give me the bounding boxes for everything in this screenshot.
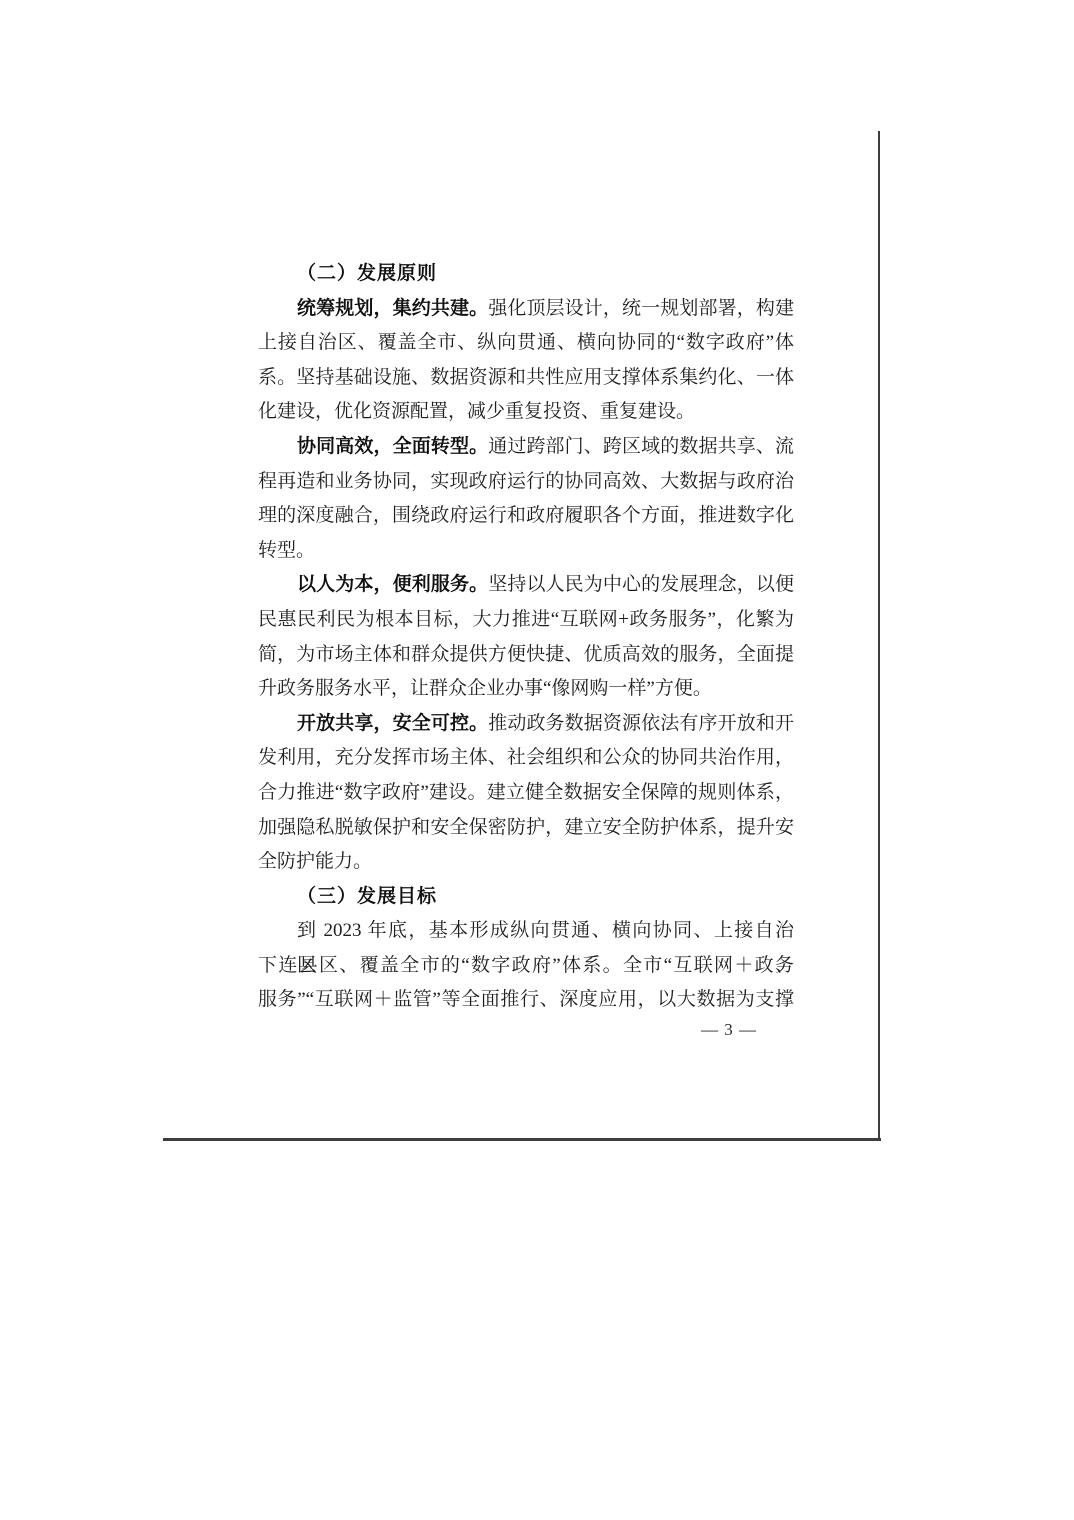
- paragraph-text: 坚持以人民为中心的发展理念，以便: [488, 574, 794, 595]
- paragraph-text: 转型。: [258, 540, 315, 561]
- page-frame-bottom-border: [163, 1138, 881, 1141]
- paragraph-lead-text: 协同高效，全面转型。: [297, 436, 488, 457]
- scanned-document-page: （二）发展原则统筹规划，集约共建。强化顶层设计，统一规划部署，构建上接自治区、覆…: [0, 0, 1074, 1520]
- text-line: 下连县区、覆盖全市的“数字政府”体系。全市“互联网＋政务: [258, 949, 794, 984]
- text-line: 加强隐私脱敏保护和安全保密防护，建立安全防护体系，提升安: [258, 811, 794, 846]
- text-line: 服务”“互联网＋监管”等全面推行、深度应用，以大数据为支撑: [258, 983, 794, 1018]
- paragraph-text: 升政务服务水平，让群众企业办事“像网购一样”方便。: [258, 678, 712, 699]
- text-line: 升政务服务水平，让群众企业办事“像网购一样”方便。: [258, 672, 794, 707]
- paragraph-lead-text: 开放共享，安全可控。: [297, 713, 488, 734]
- text-line: 到 2023 年底，基本形成纵向贯通、横向协同、上接自治区、: [258, 914, 794, 949]
- text-line: 理的深度融合，围绕政府运行和政府履职各个方面，推进数字化: [258, 499, 794, 534]
- section-heading-text: （三）发展目标: [297, 886, 437, 907]
- page-frame-right-border: [878, 131, 880, 1140]
- paragraph-text: 强化顶层设计，统一规划部署，构建: [488, 298, 794, 319]
- text-line: 开放共享，安全可控。推动政务数据资源依法有序开放和开: [258, 707, 794, 742]
- document-body: （二）发展原则统筹规划，集约共建。强化顶层设计，统一规划部署，构建上接自治区、覆…: [258, 257, 794, 1018]
- paragraph-text: 化建设，优化资源配置，减少重复投资、重复建设。: [258, 401, 695, 422]
- paragraph-text: 加强隐私脱敏保护和安全保密防护，建立安全防护体系，提升安: [258, 817, 794, 838]
- paragraph-text: 下连县区、覆盖全市的“数字政府”体系。全市“互联网＋政务: [258, 955, 794, 976]
- text-line: 系。坚持基础设施、数据资源和共性应用支撑体系集约化、一体: [258, 361, 794, 396]
- paragraph-text: 理的深度融合，围绕政府运行和政府履职各个方面，推进数字化: [258, 505, 794, 526]
- page-number: — 3 —: [258, 1014, 794, 1046]
- paragraph-text: 合力推进“数字政府”建设。建立健全数据安全保障的规则体系，: [258, 782, 794, 803]
- text-line: 协同高效，全面转型。通过跨部门、跨区域的数据共享、流: [258, 430, 794, 465]
- paragraph-lead-text: 以人为本，便利服务。: [297, 574, 488, 595]
- text-line: 简，为市场主体和群众提供方便快捷、优质高效的服务，全面提: [258, 638, 794, 673]
- text-line: 程再造和业务协同，实现政府运行的协同高效、大数据与政府治: [258, 465, 794, 500]
- paragraph-text: 全防护能力。: [258, 851, 372, 872]
- paragraph-lead-text: 统筹规划，集约共建。: [297, 298, 488, 319]
- paragraph-text: 发利用，充分发挥市场主体、社会组织和公众的协同共治作用，: [258, 747, 794, 768]
- text-line: 化建设，优化资源配置，减少重复投资、重复建设。: [258, 395, 794, 430]
- section-heading-line: （三）发展目标: [258, 880, 794, 915]
- paragraph-text: 系。坚持基础设施、数据资源和共性应用支撑体系集约化、一体: [258, 367, 794, 388]
- text-line: 转型。: [258, 534, 794, 569]
- paragraph-text: 民惠民利民为根本目标，大力推进“互联网+政务服务”，化繁为: [258, 609, 794, 630]
- text-line: 全防护能力。: [258, 845, 794, 880]
- paragraph-text: 推动政务数据资源依法有序开放和开: [488, 713, 794, 734]
- text-line: 统筹规划，集约共建。强化顶层设计，统一规划部署，构建: [258, 292, 794, 327]
- text-line: 民惠民利民为根本目标，大力推进“互联网+政务服务”，化繁为: [258, 603, 794, 638]
- paragraph-text: 服务”“互联网＋监管”等全面推行、深度应用，以大数据为支撑: [258, 989, 794, 1010]
- paragraph-text: 通过跨部门、跨区域的数据共享、流: [488, 436, 794, 457]
- text-line: 发利用，充分发挥市场主体、社会组织和公众的协同共治作用，: [258, 741, 794, 776]
- paragraph-text: 简，为市场主体和群众提供方便快捷、优质高效的服务，全面提: [258, 644, 794, 665]
- paragraph-text: 上接自治区、覆盖全市、纵向贯通、横向协同的“数字政府”体: [258, 332, 794, 353]
- text-line: 上接自治区、覆盖全市、纵向贯通、横向协同的“数字政府”体: [258, 326, 794, 361]
- text-line: 合力推进“数字政府”建设。建立健全数据安全保障的规则体系，: [258, 776, 794, 811]
- section-heading-line: （二）发展原则: [258, 257, 794, 292]
- text-line: 以人为本，便利服务。坚持以人民为中心的发展理念，以便: [258, 568, 794, 603]
- paragraph-text: 程再造和业务协同，实现政府运行的协同高效、大数据与政府治: [258, 471, 794, 492]
- section-heading-text: （二）发展原则: [297, 263, 437, 284]
